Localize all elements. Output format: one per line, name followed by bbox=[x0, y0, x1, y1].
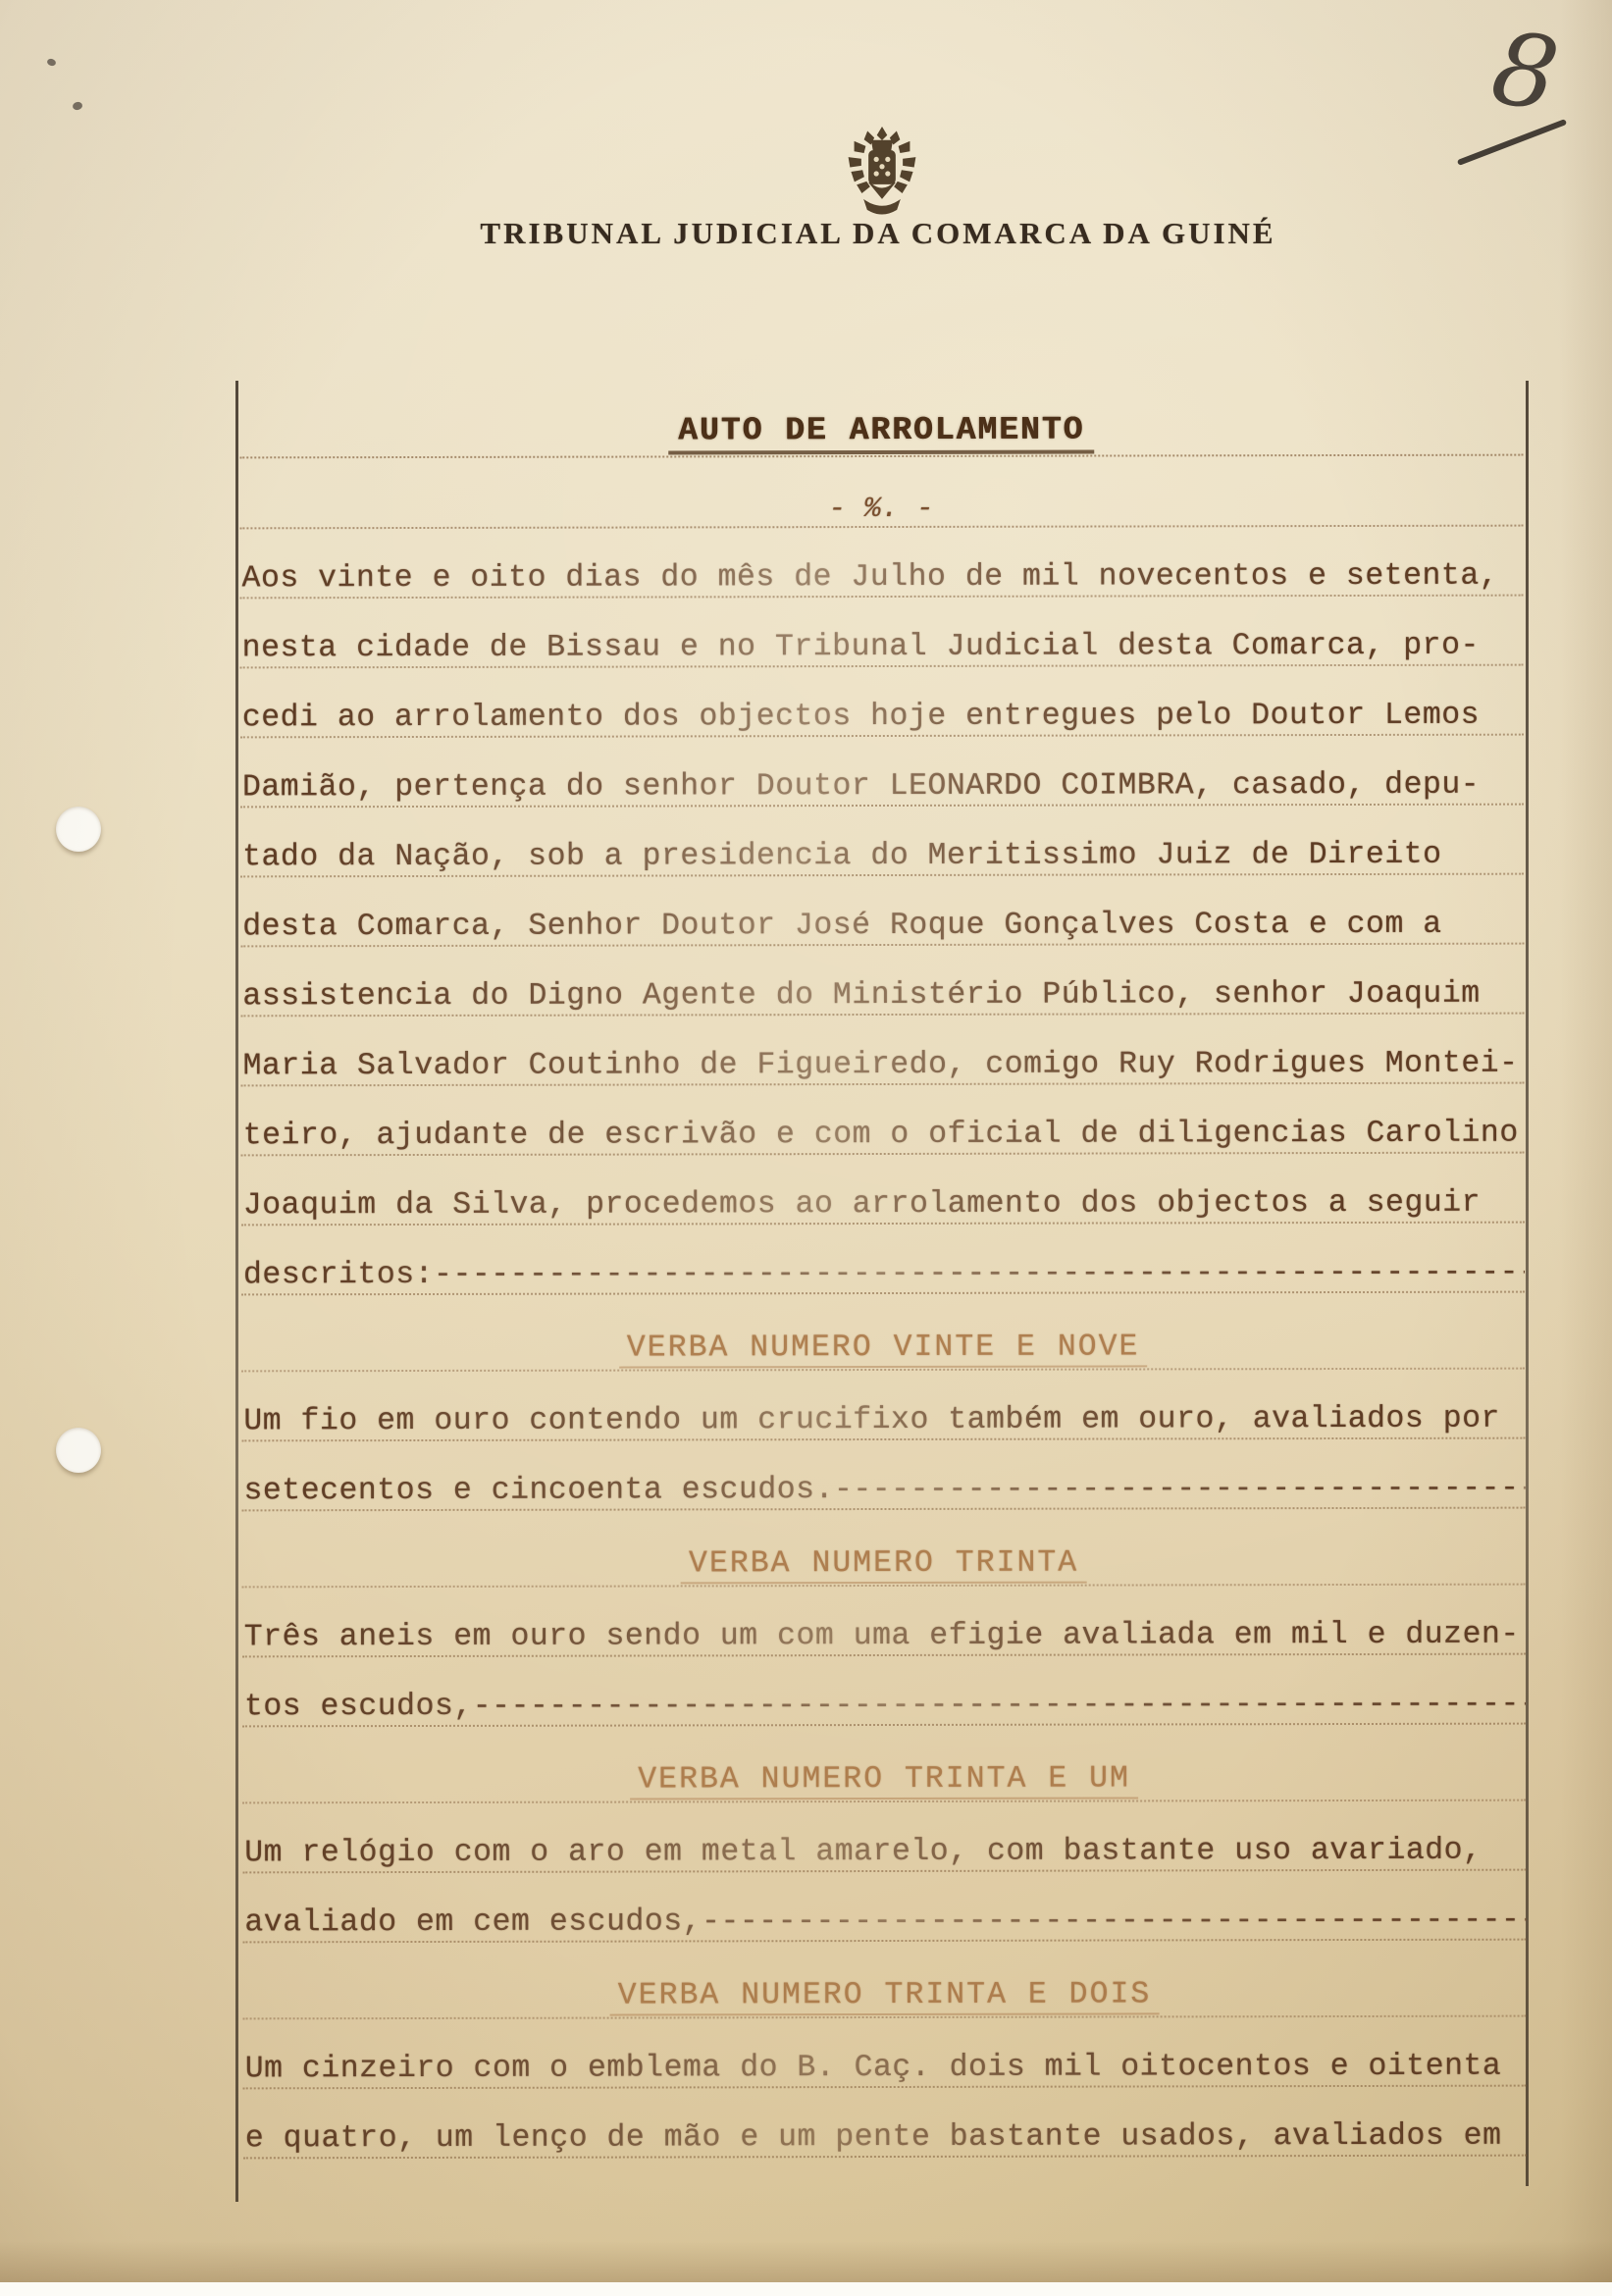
document-line-body: Três aneis em ouro sendo um com uma efig… bbox=[242, 1586, 1526, 1658]
line-text: cedi ao arrolamento dos objectos hoje en… bbox=[242, 699, 1480, 736]
document-line-body: tos escudos,----------------------------… bbox=[242, 1655, 1526, 1728]
ink-speck bbox=[72, 101, 83, 111]
left-margin-rule bbox=[235, 381, 238, 2202]
scan-edge-shading bbox=[1559, 0, 1612, 2296]
document-line-body: e quatro, um lenço de mão e um pente bas… bbox=[243, 2087, 1527, 2160]
punch-hole bbox=[56, 807, 101, 852]
court-header-title: TRIBUNAL JUDICIAL DA COMARCA DA GUINÉ bbox=[294, 216, 1462, 251]
line-text: setecentos e cincoenta escudos.---------… bbox=[243, 1471, 1525, 1508]
line-text: VERBA NUMERO TRINTA bbox=[681, 1546, 1086, 1585]
coat-of-arms-icon bbox=[836, 124, 928, 224]
document-line-body: Um fio em ouro contendo um crucifixo tam… bbox=[241, 1370, 1525, 1442]
scan-bottom-edge bbox=[0, 2282, 1612, 2296]
document-line-body: descritos:------------------------------… bbox=[241, 1224, 1525, 1296]
scan-bottom-shadow bbox=[0, 2241, 1612, 2282]
document-line-body: tado da Nação, sob a presidencia do Meri… bbox=[240, 806, 1524, 878]
line-text: assistencia do Digno Agente do Ministéri… bbox=[242, 977, 1480, 1015]
page-number-handwritten: 8 bbox=[1484, 10, 1566, 135]
document-line-body: assistencia do Digno Agente do Ministéri… bbox=[240, 945, 1524, 1018]
line-text: teiro, ajudante de escrivão e com o ofic… bbox=[243, 1117, 1519, 1154]
line-text: Um fio em ouro contendo um crucifixo tam… bbox=[243, 1402, 1500, 1439]
line-text: Damião, pertença do senhor Doutor LEONAR… bbox=[242, 768, 1480, 806]
document-line-body: teiro, ajudante de escrivão e com o ofic… bbox=[241, 1084, 1525, 1157]
line-text: VERBA NUMERO TRINTA E DOIS bbox=[610, 1977, 1160, 2015]
document-line-body: setecentos e cincoenta escudos.---------… bbox=[241, 1439, 1525, 1512]
document-line-title: AUTO DE ARROLAMENTO bbox=[239, 384, 1523, 459]
line-text: descritos:------------------------------… bbox=[243, 1255, 1525, 1292]
scanned-page: TRIBUNAL JUDICIAL DA COMARCA DA GUINÉ 8 … bbox=[0, 0, 1612, 2296]
document-line-heading: VERBA NUMERO VINTE E NOVE bbox=[241, 1293, 1525, 1373]
document-line-body: Damião, pertença do senhor Doutor LEONAR… bbox=[240, 736, 1524, 809]
document-line-body: Aos vinte e oito dias do mês de Julho de… bbox=[239, 527, 1523, 600]
document-line-heading: VERBA NUMERO TRINTA E UM bbox=[242, 1725, 1526, 1804]
line-text: desta Comarca, Senhor Doutor José Roque … bbox=[242, 908, 1441, 945]
line-text: Aos vinte e oito dias do mês de Julho de… bbox=[241, 559, 1498, 597]
line-text: Maria Salvador Coutinho de Figueiredo, c… bbox=[243, 1047, 1519, 1084]
document-line-body: nesta cidade de Bissau e no Tribunal Jud… bbox=[240, 597, 1524, 669]
line-text: - %. - bbox=[829, 493, 934, 525]
document-body: AUTO DE ARROLAMENTO- %. -Aos vinte e oit… bbox=[239, 384, 1527, 2160]
line-text: Um cinzeiro com o emblema do B. Caç. doi… bbox=[245, 2050, 1502, 2087]
line-text: Três aneis em ouro sendo um com uma efig… bbox=[244, 1618, 1520, 1655]
document-line-heading: VERBA NUMERO TRINTA bbox=[242, 1509, 1526, 1589]
line-text: tos escudos,----------------------------… bbox=[244, 1687, 1526, 1724]
right-margin-rule bbox=[1526, 381, 1529, 2186]
document-line-body: avaliado em cem escudos,----------------… bbox=[242, 1871, 1526, 1944]
line-text: tado da Nação, sob a presidencia do Meri… bbox=[242, 838, 1441, 875]
line-text: e quatro, um lenço de mão e um pente bas… bbox=[245, 2119, 1502, 2157]
document-line-body: Joaquim da Silva, procedemos ao arrolame… bbox=[241, 1154, 1525, 1226]
ink-speck bbox=[46, 58, 57, 68]
document-line-sep: - %. - bbox=[239, 456, 1523, 530]
line-text: VERBA NUMERO TRINTA E UM bbox=[630, 1761, 1138, 1800]
line-text: Joaquim da Silva, procedemos ao arrolame… bbox=[243, 1186, 1481, 1224]
document-line-body: cedi ao arrolamento dos objectos hoje en… bbox=[240, 666, 1524, 739]
document-line-body: desta Comarca, Senhor Doutor José Roque … bbox=[240, 875, 1524, 948]
line-text: nesta cidade de Bissau e no Tribunal Jud… bbox=[242, 629, 1480, 666]
document-line-body: Um cinzeiro com o emblema do B. Caç. doi… bbox=[243, 2017, 1527, 2090]
line-text: Um relógio com o aro em metal amarelo, c… bbox=[244, 1834, 1482, 1871]
document-line-body: Um relógio com o aro em metal amarelo, c… bbox=[242, 1801, 1526, 1874]
punch-hole bbox=[56, 1428, 101, 1473]
line-text: VERBA NUMERO VINTE E NOVE bbox=[619, 1330, 1148, 1368]
document-line-body: Maria Salvador Coutinho de Figueiredo, c… bbox=[240, 1015, 1524, 1087]
document-line-heading: VERBA NUMERO TRINTA E DOIS bbox=[242, 1941, 1526, 2020]
line-text: AUTO DE ARROLAMENTO bbox=[668, 412, 1094, 455]
line-text: avaliado em cem escudos,----------------… bbox=[244, 1903, 1526, 1940]
